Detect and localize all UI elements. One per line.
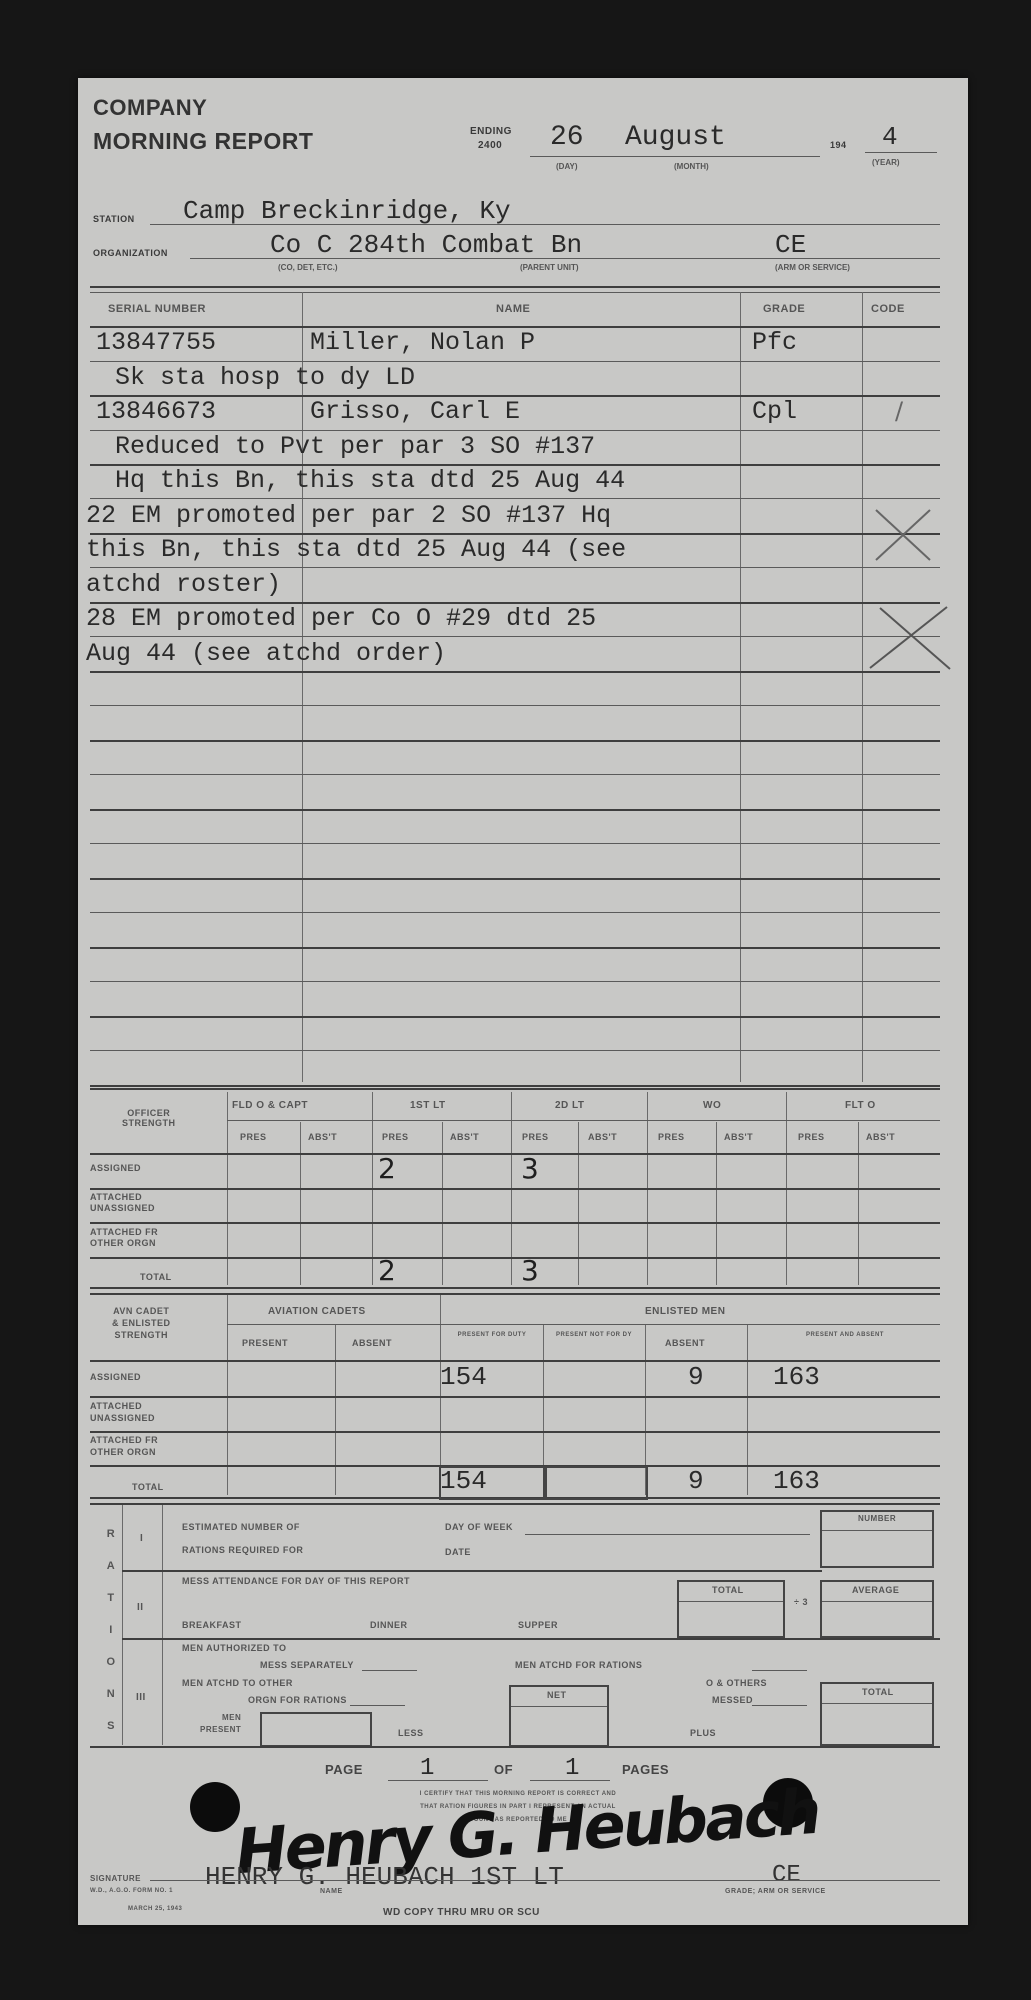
enlisted-title-line3: STRENGTH	[112, 1329, 171, 1341]
sub-abst: ABS'T	[724, 1132, 753, 1142]
entry-grade: Pfc	[752, 328, 797, 357]
report-day: 26	[550, 122, 584, 153]
signer-name: HENRY G. HEUBACH 1ST LT	[205, 1862, 564, 1892]
col-present-and-absent: PRESENT AND ABSENT	[790, 1332, 900, 1338]
men-present-box[interactable]	[260, 1712, 372, 1747]
breakfast-label: BREAKFAST	[182, 1620, 242, 1630]
row-label-line: UNASSIGNED	[90, 1412, 155, 1424]
station-value: Camp Breckinridge, Ky	[183, 196, 511, 226]
row-label-line: OTHER ORGN	[90, 1238, 158, 1249]
dinner-label: DINNER	[370, 1620, 408, 1630]
officer-2d-lt-present-total: 3	[521, 1254, 539, 1287]
officer-2d-lt-present-assigned: 3	[521, 1152, 539, 1185]
entry-remark: 28 EM promoted per Co O #29 dtd 25	[86, 604, 596, 633]
average-label: AVERAGE	[852, 1585, 899, 1595]
col-present-not-for-duty: PRESENT NOT FOR DY	[550, 1332, 638, 1338]
code-x-mark	[868, 505, 938, 565]
rations-letter: O	[104, 1646, 118, 1678]
sub-pres: PRES	[658, 1132, 685, 1142]
row-label-assigned: ASSIGNED	[90, 1163, 141, 1173]
col-cadets-present: PRESENT	[242, 1338, 288, 1348]
entry-remark: 22 EM promoted per par 2 SO #137 Hq	[86, 501, 611, 530]
row-label-total: TOTAL	[132, 1482, 164, 1492]
men-present-line1: MEN	[200, 1712, 241, 1724]
men-authorized-line2: MESS SEPARATELY	[260, 1660, 354, 1670]
row-label-line: OTHER ORGN	[90, 1446, 158, 1458]
day-of-week-label: DAY OF WEEK	[445, 1522, 513, 1532]
officer-strength-title: OFFICER STRENGTH	[122, 1108, 176, 1128]
rations-letter: S	[104, 1710, 118, 1742]
rations-section-3: III	[136, 1692, 146, 1703]
estimated-rations-line1: ESTIMATED NUMBER OF	[182, 1522, 300, 1532]
em-absent-assigned: 9	[688, 1362, 704, 1392]
distribution-note: WD COPY THRU MRU OR SCU	[383, 1907, 540, 1918]
entry-name: Grisso, Carl E	[310, 397, 520, 426]
enlisted-title-line1: AVN CADET	[112, 1305, 171, 1317]
report-year-digit: 4	[882, 122, 898, 152]
form-title-company: COMPANY	[93, 95, 207, 121]
entry-code-mark: /	[895, 397, 903, 425]
row-label-assigned: ASSIGNED	[90, 1372, 141, 1382]
rations-letter: I	[104, 1614, 118, 1646]
net-label: NET	[547, 1690, 567, 1700]
col-header-serial: SERIAL NUMBER	[108, 303, 206, 315]
officer-1st-lt-present-total: 2	[378, 1254, 396, 1287]
men-atchd-rations-label: MEN ATCHD FOR RATIONS	[515, 1660, 642, 1670]
em-present-and-absent-total: 163	[773, 1466, 820, 1496]
sub-pres: PRES	[522, 1132, 549, 1142]
supper-label: SUPPER	[518, 1620, 558, 1630]
col-cadets-absent: ABSENT	[352, 1338, 392, 1348]
sub-abst: ABS'T	[308, 1132, 337, 1142]
entry-grade: Cpl	[752, 397, 797, 426]
row-label-line: ATTACHED FR	[90, 1227, 158, 1238]
col-header-name: NAME	[496, 303, 530, 315]
entry-remark: this Bn, this sta dtd 25 Aug 44 (see	[86, 535, 626, 564]
col-present-for-duty: PRESENT FOR DUTY	[452, 1332, 532, 1338]
men-atchd-other-line2: ORGN FOR RATIONS	[248, 1695, 347, 1705]
group-aviation-cadets: AVIATION CADETS	[268, 1306, 366, 1317]
punch-hole-left	[190, 1782, 240, 1832]
rations-total-label: TOTAL	[862, 1687, 894, 1697]
row-label-line: UNASSIGNED	[90, 1203, 155, 1214]
less-label: LESS	[398, 1728, 424, 1738]
officer-strength-title-line1: OFFICER	[122, 1108, 176, 1118]
o-others-line1: O & OTHERS	[706, 1678, 767, 1688]
o-others-line2: MESSED	[712, 1695, 753, 1705]
signer-arm: CE	[772, 1862, 801, 1889]
officer-group-flt-o: FLT O	[845, 1100, 876, 1111]
mess-total-label: TOTAL	[712, 1585, 744, 1595]
officer-group-wo: WO	[703, 1100, 721, 1111]
em-present-and-absent-assigned: 163	[773, 1362, 820, 1392]
arm-of-service-value: CE	[775, 230, 806, 260]
form-number: W.D., A.G.O. FORM NO. 1	[90, 1888, 173, 1894]
entry-name: Miller, Nolan P	[310, 328, 535, 357]
row-label-attached-unassigned: ATTACHED UNASSIGNED	[90, 1192, 155, 1214]
form-title-morning-report: MORNING REPORT	[93, 128, 313, 155]
men-present-label: MEN PRESENT	[200, 1712, 241, 1736]
year-caption: (YEAR)	[872, 158, 900, 167]
year-prefix: 194	[830, 140, 847, 150]
col-header-grade: GRADE	[763, 303, 805, 315]
organization-label: ORGANIZATION	[93, 248, 168, 258]
number-box-label: NUMBER	[858, 1514, 896, 1523]
pages-label: PAGES	[622, 1762, 669, 1777]
month-caption: (MONTH)	[674, 162, 709, 171]
rations-letter: N	[104, 1678, 118, 1710]
row-label-line: ATTACHED FR	[90, 1434, 158, 1446]
page-total: 1	[565, 1755, 579, 1782]
sub-pres: PRES	[382, 1132, 409, 1142]
entry-serial: 13847755	[96, 328, 216, 357]
men-present-line2: PRESENT	[200, 1724, 241, 1736]
men-authorized-line1: MEN AUTHORIZED TO	[182, 1643, 287, 1653]
entry-remark: Reduced to Pvt per par 3 SO #137	[100, 432, 595, 461]
sub-pres: PRES	[798, 1132, 825, 1142]
rations-letter: R	[104, 1518, 118, 1550]
page-number: 1	[420, 1755, 434, 1782]
em-present-for-duty-assigned: 154	[440, 1362, 487, 1392]
officer-1st-lt-present-assigned: 2	[378, 1152, 396, 1185]
sub-abst: ABS'T	[866, 1132, 895, 1142]
station-label: STATION	[93, 214, 135, 224]
col-em-absent: ABSENT	[665, 1338, 705, 1348]
em-absent-total: 9	[688, 1466, 704, 1496]
row-label-attached-other: ATTACHED FR OTHER ORGN	[90, 1434, 158, 1458]
estimated-rations-line2: RATIONS REQUIRED FOR	[182, 1545, 303, 1555]
entry-remark: Hq this Bn, this sta dtd 25 Aug 44	[100, 466, 625, 495]
org-caption-co: (CO, DET, ETC.)	[278, 263, 338, 272]
row-label-attached-unassigned: ATTACHED UNASSIGNED	[90, 1400, 155, 1424]
rations-section-2: II	[137, 1602, 144, 1613]
officer-group-1st-lt: 1ST LT	[410, 1100, 446, 1111]
row-label-line: ATTACHED	[90, 1400, 155, 1412]
form-date: MARCH 25, 1943	[128, 1906, 182, 1912]
entry-remark: Sk sta hosp to dy LD	[100, 363, 415, 392]
code-x-mark	[862, 603, 952, 673]
entry-remark: atchd roster)	[86, 570, 281, 599]
of-label: OF	[494, 1762, 513, 1777]
mess-attendance-label: MESS ATTENDANCE FOR DAY OF THIS REPORT	[182, 1576, 410, 1586]
org-caption-arm: (ARM OR SERVICE)	[775, 263, 850, 272]
sub-abst: ABS'T	[588, 1132, 617, 1142]
row-label-line: ATTACHED	[90, 1192, 155, 1203]
sub-pres: PRES	[240, 1132, 267, 1142]
entry-serial: 13846673	[96, 397, 216, 426]
ending-time-label: 2400	[478, 140, 502, 151]
page-label: PAGE	[325, 1762, 363, 1777]
rations-section-1: I	[140, 1533, 143, 1544]
officer-group-2d-lt: 2D LT	[555, 1100, 585, 1111]
em-present-for-duty-total: 154	[440, 1466, 487, 1496]
organization-value: Co C 284th Combat Bn	[270, 230, 582, 260]
row-label-total: TOTAL	[140, 1272, 172, 1282]
officer-group-fld-capt: FLD O & CAPT	[232, 1100, 308, 1111]
rations-letter: T	[104, 1582, 118, 1614]
divide-by-three: ÷ 3	[794, 1597, 808, 1607]
enlisted-title-line2: & ENLISTED	[112, 1317, 171, 1329]
col-header-code: CODE	[871, 303, 905, 315]
ending-label: ENDING	[470, 126, 512, 137]
report-month: August	[625, 122, 726, 153]
rations-side-label: R A T I O N S	[104, 1518, 118, 1742]
enlisted-strength-title: AVN CADET & ENLISTED STRENGTH	[112, 1305, 171, 1341]
sub-abst: ABS'T	[450, 1132, 479, 1142]
plus-label: PLUS	[690, 1728, 716, 1738]
row-label-attached-other: ATTACHED FR OTHER ORGN	[90, 1227, 158, 1249]
org-caption-parent: (PARENT UNIT)	[520, 263, 579, 272]
day-caption: (DAY)	[556, 162, 577, 171]
men-atchd-other-line1: MEN ATCHD TO OTHER	[182, 1678, 293, 1688]
name-caption: NAME	[320, 1888, 343, 1895]
officer-strength-title-line2: STRENGTH	[122, 1118, 176, 1128]
group-enlisted-men: ENLISTED MEN	[645, 1306, 725, 1317]
entry-remark: Aug 44 (see atchd order)	[86, 639, 446, 668]
date-label: DATE	[445, 1547, 471, 1557]
grade-caption: GRADE; ARM OR SERVICE	[725, 1888, 826, 1895]
signature-label: SIGNATURE	[90, 1874, 141, 1883]
rations-letter: A	[104, 1550, 118, 1582]
